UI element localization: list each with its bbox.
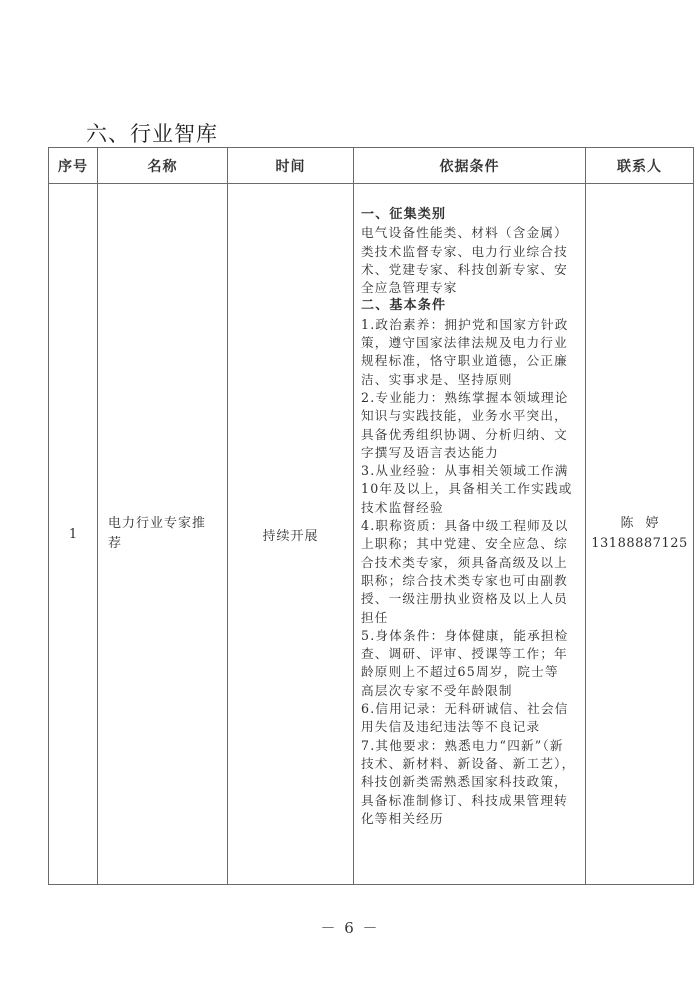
basis-line: 规程标准，恪守职业道德，公正廉 <box>361 352 579 370</box>
basis-heading: 二、基本条件 <box>361 297 579 315</box>
basis-line: 具备标准制修订、科技成果管理转 <box>361 792 579 810</box>
basis-line: 用失信及违纪违法等不良记录 <box>361 718 579 736</box>
basis-line: 龄原则上不超过65周岁，院士等 <box>361 663 579 681</box>
table-header-row: 序号 名称 时间 依据条件 联系人 <box>49 148 694 184</box>
page-number: － 6 － <box>0 917 700 938</box>
basis-text: 一、征集类别电气设备性能类、材料（含金属）类技术监督专家、电力行业综合技术、党建… <box>361 206 579 828</box>
header-basis: 依据条件 <box>354 148 586 184</box>
section-title: 六、行业智库 <box>86 118 218 148</box>
basis-line: 4.职称资质：具备中级工程师及以 <box>361 517 579 535</box>
table-row: 1 电力行业专家推荐 持续开展 一、征集类别电气设备性能类、材料（含金属）类技术… <box>49 184 694 885</box>
contact-name: 陈婷 <box>586 514 693 534</box>
basis-line: 技术监督经验 <box>361 499 579 517</box>
basis-line: 类技术监督专家、电力行业综合技 <box>361 243 579 261</box>
basis-line: 知识与实践技能，业务水平突出， <box>361 407 579 425</box>
basis-line: 上职称；其中党建、安全应急、综 <box>361 535 579 553</box>
contact-phone: 13188887125 <box>586 534 693 554</box>
basis-line: 具备优秀组织协调、分析归纳、文 <box>361 426 579 444</box>
basis-line: 6.信用记录：无科研诚信、社会信 <box>361 700 579 718</box>
header-contact: 联系人 <box>586 148 694 184</box>
basis-line: 7.其他要求：熟悉电力“四新”（新 <box>361 737 579 755</box>
item-contact: 陈婷 13188887125 <box>586 184 694 885</box>
basis-line: 担任 <box>361 609 579 627</box>
basis-heading: 一、征集类别 <box>361 206 579 224</box>
basis-line: 化等相关经历 <box>361 810 579 828</box>
basis-line: 字撰写及语言表达能力 <box>361 444 579 462</box>
row-number: 1 <box>49 184 98 885</box>
basis-line: 术、党建专家、科技创新专家、安 <box>361 261 579 279</box>
header-name: 名称 <box>98 148 228 184</box>
basis-line: 查、调研、评审、授课等工作；年 <box>361 645 579 663</box>
basis-line: 技术、新材料、新设备、新工艺）， <box>361 755 579 773</box>
basis-line: 策，遵守国家法律法规及电力行业 <box>361 334 579 352</box>
header-no: 序号 <box>49 148 98 184</box>
header-time: 时间 <box>228 148 354 184</box>
basis-line: 授、一级注册执业资格及以上人员 <box>361 590 579 608</box>
basis-line: 科技创新类需熟悉国家科技政策， <box>361 773 579 791</box>
basis-line: 1.政治素养：拥护党和国家方针政 <box>361 316 579 334</box>
basis-line: 全应急管理专家 <box>361 279 579 297</box>
item-basis: 一、征集类别电气设备性能类、材料（含金属）类技术监督专家、电力行业综合技术、党建… <box>354 184 586 885</box>
item-name: 电力行业专家推荐 <box>98 184 228 885</box>
basis-line: 3.从业经验：从事相关领域工作满 <box>361 462 579 480</box>
basis-line: 高层次专家不受年龄限制 <box>361 682 579 700</box>
basis-line: 5.身体条件：身体健康，能承担检 <box>361 627 579 645</box>
item-time: 持续开展 <box>228 184 354 885</box>
basis-line: 10年及以上，具备相关工作实践或 <box>361 480 579 498</box>
expert-table: 序号 名称 时间 依据条件 联系人 1 电力行业专家推荐 持续开展 一、征集类别… <box>48 147 694 885</box>
basis-line: 2.专业能力：熟练掌握本领域理论 <box>361 389 579 407</box>
basis-line: 电气设备性能类、材料（含金属） <box>361 224 579 242</box>
basis-line: 合技术类专家，须具备高级及以上 <box>361 554 579 572</box>
basis-line: 职称；综合技术类专家也可由副教 <box>361 572 579 590</box>
basis-line: 洁、实事求是、坚持原则 <box>361 371 579 389</box>
